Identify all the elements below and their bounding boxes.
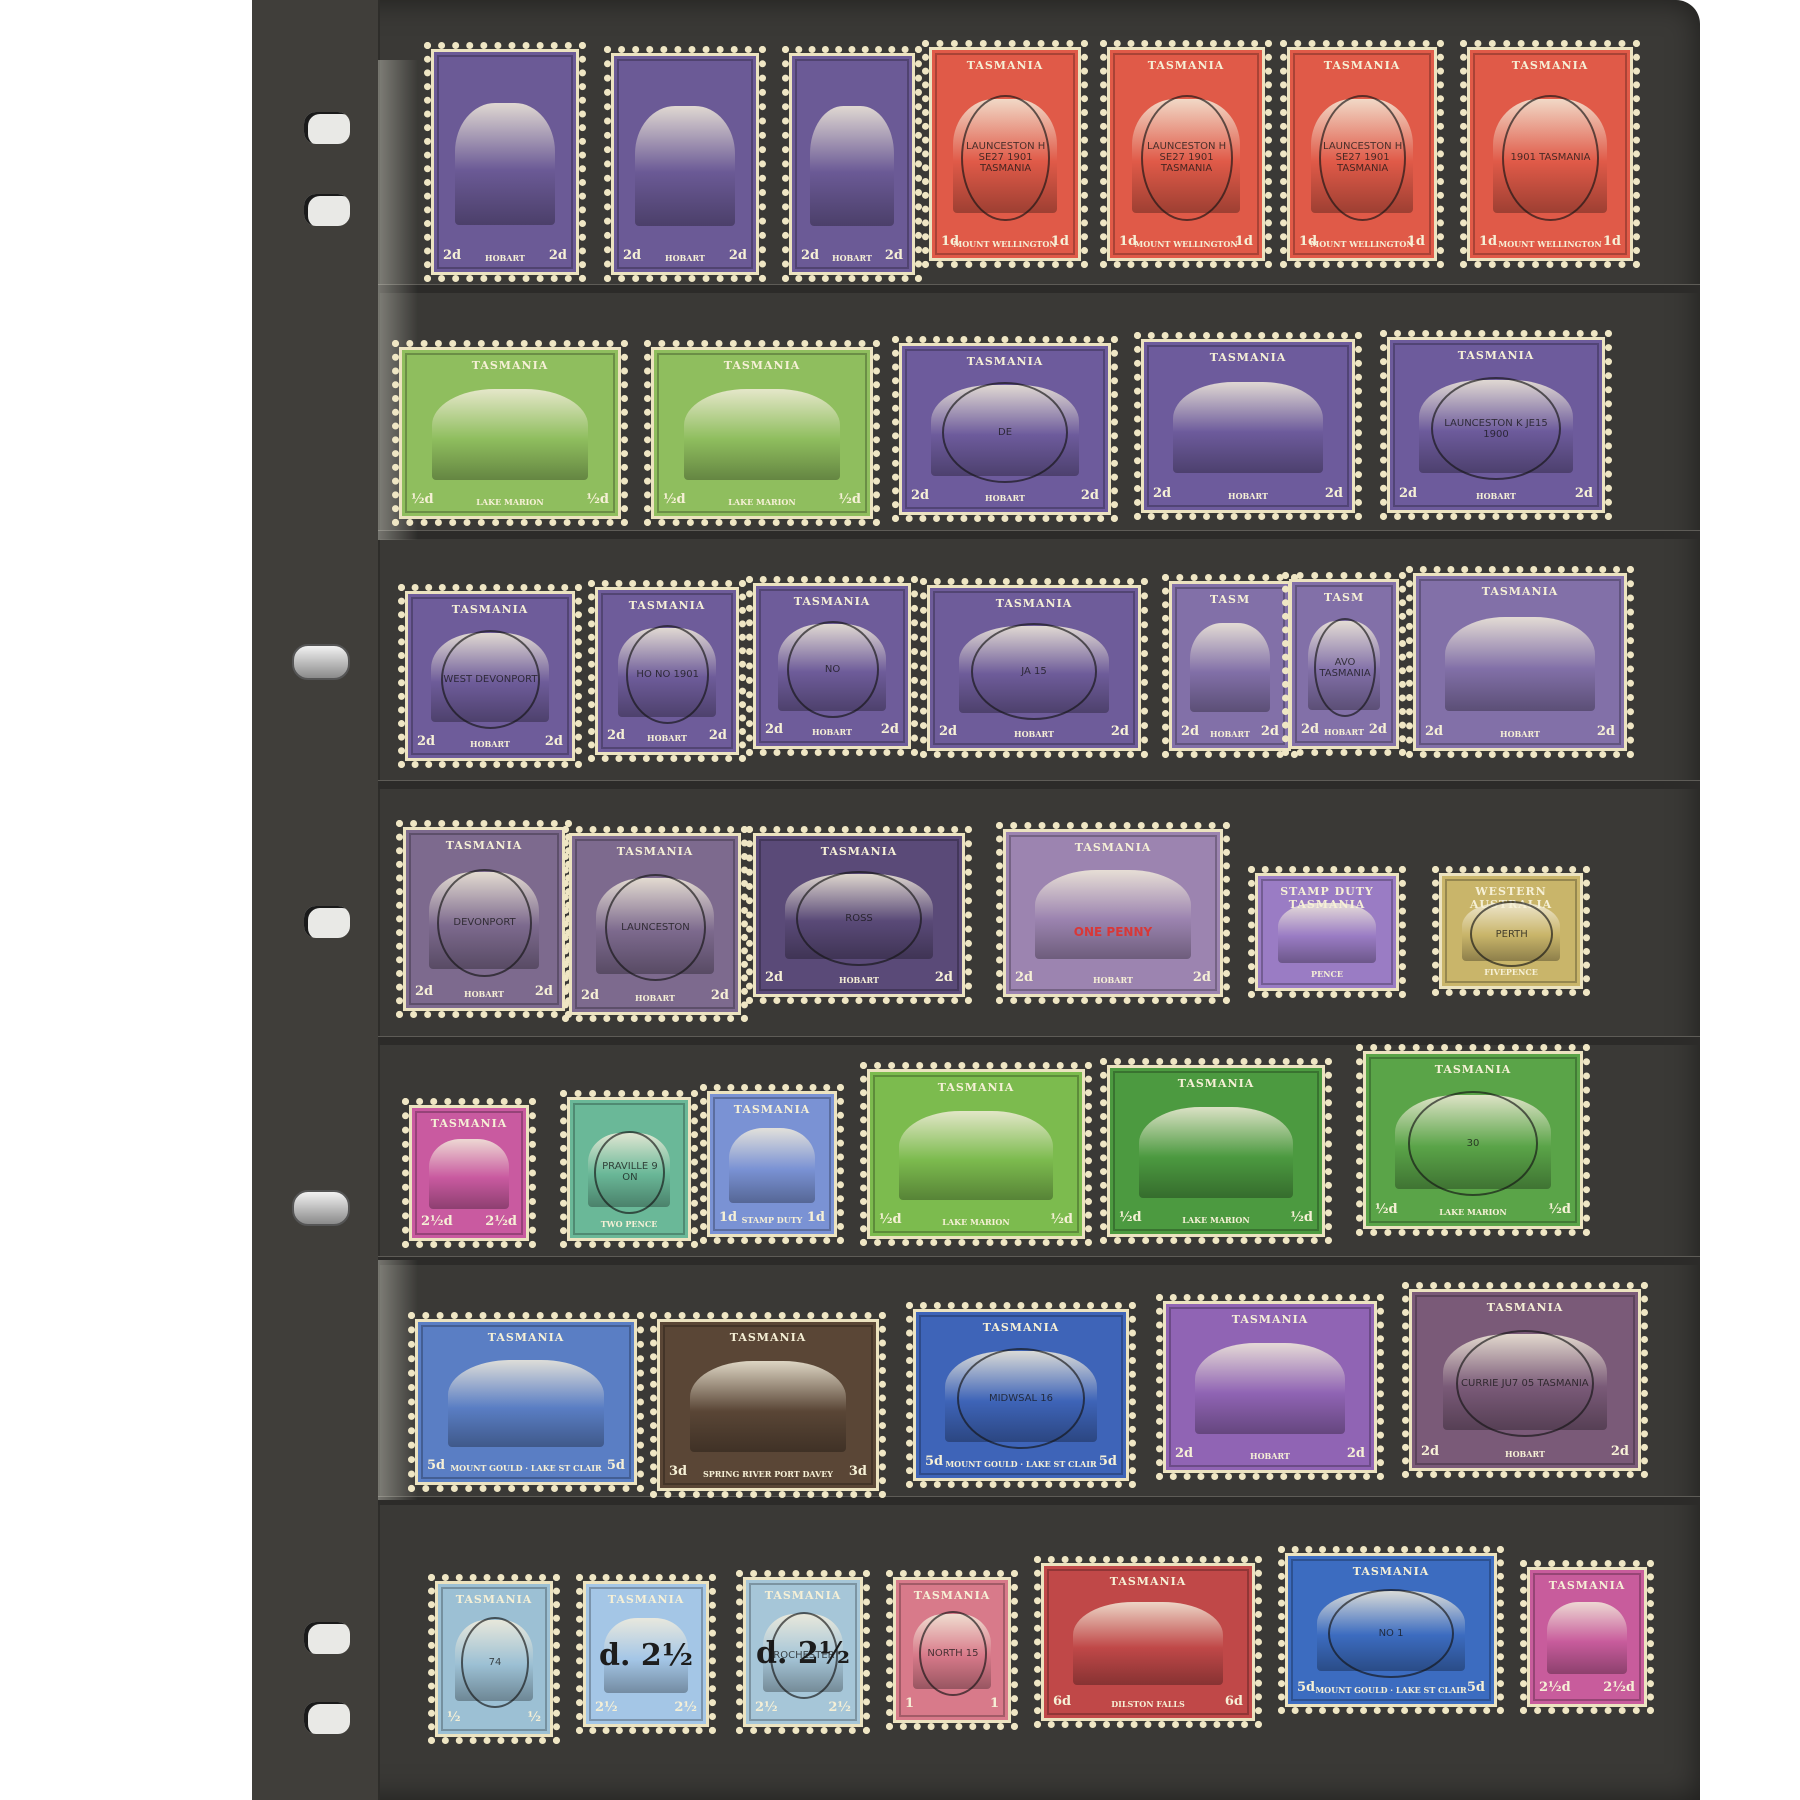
stamp: TASMANIA 2d 2d HOBART HO NO 1901 [588,580,746,762]
stamp-country: TASMANIA [1421,585,1619,598]
stamp: WESTERN AUSTRALIA FIVEPENCE PERTH [1432,866,1590,996]
stamp-country: TASMANIA [1171,1313,1369,1326]
stamp-caption: LAKE MARION [1115,1215,1317,1225]
stamp: TASMANIA 2d 2d HOBART JA 15 [920,578,1148,758]
stamp-caption: STAMP DUTY [715,1215,829,1225]
stamp: 2d 2d HOBART [604,46,766,282]
stamp: TASMANIA 2d 2d HOBART CURRIE JU7 05 TASM… [1402,1282,1648,1478]
stamp-frame: TASMANIA ½ ½ 74 [441,1587,547,1731]
stamp-frame: 2d 2d HOBART [437,55,573,269]
stamp-caption: HOBART [797,253,907,263]
stamp-frame: TASMANIA 2½ 2½ d. 2½ [589,1587,703,1721]
stamp-caption: MOUNT WELLINGTON [1115,239,1257,249]
stamp-country: TASMANIA [1293,1565,1489,1578]
punch-hole [304,906,350,938]
postmark: DE [942,382,1068,483]
stamp: TASMANIA 2d 2d HOBART LAUNCESTON K JE15 … [1380,330,1612,520]
stamp-vignette [432,389,589,480]
stamp-vignette [899,1111,1053,1200]
stamp-vignette [1173,382,1324,474]
binder-ring [292,644,350,680]
stamp-caption: HOBART [761,975,957,985]
stamp-vignette [684,389,841,480]
stamp-caption: HOBART [439,253,571,263]
stamp-frame: 2d 2d HOBART [617,59,753,269]
stamp-frame: TASMANIA ½d ½d LAKE MARION [1113,1071,1319,1231]
stamp: TASM 2d 2d HOBART AVO TASMANIA [1282,572,1406,756]
stamp: TASMANIA 2d 2d HOBART ROSS [746,826,972,1004]
postmark: LAUNCESTON H SE27 1901 TASMANIA [1319,95,1406,222]
stamp-frame: TASMANIA 2d 2d HOBART DEVONPORT [409,833,559,1005]
stamp-caption: HOBART [761,727,903,737]
stamp-country: TASMANIA [417,1117,521,1130]
stamp: TASMANIA ½d ½d LAKE MARION [860,1062,1092,1246]
stamp-frame: TASMANIA 1d 1d MOUNT WELLINGTON LAUNCEST… [935,53,1075,255]
stamp-country: TASMANIA [1535,1579,1639,1592]
stamp-vignette [1035,870,1190,958]
stamp-caption: HOBART [1417,1449,1633,1459]
stamp: TASMANIA 2d 2d HOBART [1406,566,1634,758]
stamp-caption: HOBART [1177,729,1283,739]
stamp-caption: TWO PENCE [575,1219,683,1229]
stamp-frame: TASMANIA 1 1 NORTH 15 [899,1583,1005,1717]
stamp-country: TASMANIA [715,1103,829,1116]
postmark: CURRIE JU7 05 TASMANIA [1456,1330,1594,1437]
pocket-divider [378,284,1700,293]
stamp-frame: TASMANIA 1d 1d MOUNT WELLINGTON 1901 TAS… [1473,53,1627,255]
postmark: DEVONPORT [437,869,532,977]
stamp-frame: WESTERN AUSTRALIA FIVEPENCE PERTH [1445,879,1577,983]
stamp-frame: TASMANIA 2d 2d HOBART LAUNCESTON K JE15 … [1393,343,1599,507]
stamp-country: TASMANIA [1011,841,1215,854]
stamp-vignette [635,106,735,226]
postmark: HO NO 1901 [626,625,709,723]
stamp: TASMANIA 3d 3d SPRING RIVER PORT DAVEY [650,1312,886,1498]
stamp: TASMANIA 1d 1d MOUNT WELLINGTON LAUNCEST… [922,40,1088,268]
postmark: LAUNCESTON [605,874,706,981]
stamp-caption: DILSTON FALLS [1049,1699,1247,1709]
stamp: TASMANIA ½d ½d LAKE MARION [1100,1058,1332,1244]
postmark: JA 15 [971,623,1098,720]
stamp: TASMANIA 2½d 2½d [1520,1560,1654,1714]
postmark: ROSS [796,871,922,967]
stamp-vignette [448,1360,605,1447]
stamp-value: 1 [990,1696,999,1711]
stamp-caption: MOUNT WELLINGTON [937,239,1073,249]
stamp-caption: HOBART [411,989,557,999]
stamp-caption: MOUNT GOULD · LAKE ST CLAIR [921,1459,1121,1469]
postmark: NO [787,621,879,718]
stamp-caption: MOUNT GOULD · LAKE ST CLAIR [423,1463,629,1473]
binder-ring [292,1190,350,1226]
stamp-country: TASMANIA [591,1593,701,1606]
stamp: TASMANIA 2½ 2½ d. 2½ [576,1574,716,1734]
stamp-frame: TASMANIA 2½ 2½ d. 2½ ROCHESTER [749,1583,857,1721]
stamp-vignette [729,1128,816,1203]
stamp-frame: TWO PENCE PRAVILLE 9 ON [573,1103,685,1235]
stamp-vignette [1190,623,1271,712]
stamp: TASMANIA 2d 2d HOBART ONE PENNY [996,822,1230,1004]
postmark: AVO TASMANIA [1314,618,1376,717]
stamp-frame: TASMANIA 2½d 2½d [415,1111,523,1235]
stamp-caption: HOBART [1011,975,1215,985]
stamp-vignette [429,1139,508,1209]
postmark: MIDWSAL 16 [957,1348,1085,1449]
stamp: TASMANIA 5d 5d MOUNT GOULD · LAKE ST CLA… [906,1302,1136,1488]
pocket-divider [378,530,1700,539]
stamp-country: TASMANIA [1149,351,1347,364]
stamp: TASMANIA 1d 1d MOUNT WELLINGTON LAUNCEST… [1280,40,1444,268]
stamp-caption: SPRING RIVER PORT DAVEY [665,1469,871,1479]
stamp-country: TASM [1177,593,1283,606]
stamp-value: 2½d [1603,1680,1635,1695]
stamp-overprint: ONE PENNY [1011,925,1215,939]
stamp-frame: TASMANIA 1d 1d MOUNT WELLINGTON LAUNCEST… [1293,53,1431,255]
stamp-country: TASMANIA [921,1321,1121,1334]
stamp-caption: LAKE MARION [875,1217,1077,1227]
stamp: TASMANIA 1 1 NORTH 15 [886,1570,1018,1730]
stamp-country: TASMANIA [1115,59,1257,72]
stamp-vignette [455,103,555,225]
stamp: TASMANIA 5d 5d MOUNT GOULD · LAKE ST CLA… [408,1312,644,1492]
stamp-caption: LAKE MARION [659,497,865,507]
stamp-country: TASMANIA [603,599,731,612]
stamp-caption: MOUNT WELLINGTON [1475,239,1625,249]
stamp-country: TASMANIA [1475,59,1625,72]
stamp-vignette [1139,1107,1293,1198]
stamp-frame: TASMANIA 6d 6d DILSTON FALLS [1047,1569,1249,1715]
stamp-value: 2½ [674,1700,697,1715]
stamp-caption: LAKE MARION [407,497,613,507]
stamp-value: 2½ [828,1700,851,1715]
postmark: 1901 TASMANIA [1502,95,1599,222]
stamp-surcharge: d. 2½ [591,1638,701,1673]
postmark: NORTH 15 [919,1611,986,1696]
stamp-caption: HOBART [619,253,751,263]
stamp: TASMANIA 2½d 2½d [402,1098,536,1248]
stamp-frame: TASMANIA ½d ½d LAKE MARION 30 [1369,1057,1577,1223]
stamp: TASMANIA ½ ½ 74 [428,1574,560,1744]
stamp-country: TASMANIA [1049,1575,1247,1588]
pocket-divider [378,780,1700,789]
stamp-value: 2½d [1539,1680,1571,1695]
stamp: TASMANIA ½d ½d LAKE MARION [392,340,628,526]
stamp-caption: HOBART [935,729,1133,739]
pocket-divider [378,1496,1700,1505]
stamp-frame: TASMANIA ½d ½d LAKE MARION [657,353,867,513]
punch-hole [304,1702,350,1734]
stamp-country: TASMANIA [411,839,557,852]
stamp-vignette [810,106,894,226]
stamp-frame: STAMP DUTY TASMANIA PENCE [1261,879,1393,985]
stamp-country: TASMANIA [577,845,733,858]
stamp-country: TASMANIA [659,359,865,372]
stamp-frame: TASMANIA 2½d 2½d [1533,1573,1641,1701]
postmark: NO 1 [1328,1589,1454,1679]
stamp-country: TASMANIA [761,845,957,858]
stamp-country: TASMANIA [901,1589,1003,1602]
stamp: TASMANIA 1d 1d STAMP DUTY [700,1084,844,1244]
stamp-country: TASMANIA [413,603,567,616]
stamp-caption: PENCE [1263,969,1391,979]
stamp-caption: MOUNT GOULD · LAKE ST CLAIR [1293,1685,1489,1695]
stamp-frame: TASMANIA 2d 2d HOBART ROSS [759,839,959,991]
punch-hole [304,1622,350,1654]
punch-hole [304,112,350,144]
stamp: 2d 2d HOBART [424,42,586,282]
stamp-country: TASMANIA [1371,1063,1575,1076]
stamp: TASMANIA 2d 2d HOBART [1134,332,1362,520]
stamp-country: TASMANIA [935,597,1133,610]
stamp: TASMANIA 2d 2d HOBART WEST DEVONPORT [398,584,582,768]
stamp: TASMANIA 2d 2d HOBART LAUNCESTON [562,826,748,1022]
stamp-value: 2½ [755,1700,778,1715]
stamp-country: TASMANIA [1295,59,1429,72]
stamp-vignette [1278,903,1375,962]
stamp-caption: HOBART [1149,491,1347,501]
stamp-frame: TASMANIA 1d 1d STAMP DUTY [713,1097,831,1231]
stamp-frame: TASM 2d 2d HOBART [1175,587,1285,745]
stamp: TASMANIA ½d ½d LAKE MARION 30 [1356,1044,1590,1236]
stamp-frame: TASMANIA 5d 5d MOUNT GOULD · LAKE ST CLA… [919,1315,1123,1475]
stamp-frame: TASMANIA 2d 2d HOBART [1169,1307,1371,1467]
postmark: LAUNCESTON H SE27 1901 TASMANIA [961,95,1049,222]
stamp-frame: TASMANIA 2d 2d HOBART JA 15 [933,591,1135,745]
stamp-frame: TASMANIA 2d 2d HOBART CURRIE JU7 05 TASM… [1415,1295,1635,1465]
stamp: TASM 2d 2d HOBART [1162,574,1298,758]
stamp-caption: HOBART [1297,727,1391,737]
stamp-frame: TASMANIA 2d 2d HOBART LAUNCESTON [575,839,735,1009]
stamp-caption: HOBART [603,733,731,743]
stamp-vignette [1445,617,1596,711]
stamp-frame: TASMANIA 2d 2d HOBART DE [905,349,1105,509]
stamp-caption: LAKE MARION [1371,1207,1575,1217]
stamp-vignette [690,1361,847,1452]
stamp-country: TASMANIA [407,359,613,372]
punch-hole [304,194,350,226]
stamp-country: TASMANIA [937,59,1073,72]
stamp-value: ½ [447,1710,461,1725]
stamp-value: 2½d [421,1214,453,1229]
stamp-frame: TASM 2d 2d HOBART AVO TASMANIA [1295,585,1393,743]
stamp-frame: TASMANIA ½d ½d LAKE MARION [405,353,615,513]
stamp-country: TASMANIA [907,355,1103,368]
stamp: TASMANIA 1d 1d MOUNT WELLINGTON LAUNCEST… [1100,40,1272,268]
stamp-frame: TASMANIA 2d 2d HOBART NO [759,589,905,743]
stamp: TASMANIA 2d 2d HOBART NO [746,576,918,756]
postmark: LAUNCESTON H SE27 1901 TASMANIA [1141,95,1233,222]
stamp-caption: HOBART [907,493,1103,503]
postmark: WEST DEVONPORT [441,630,540,729]
stamp: TASMANIA 2d 2d HOBART DEVONPORT [396,820,572,1018]
stamp: STAMP DUTY TASMANIA PENCE [1248,866,1406,998]
stamp-frame: TASMANIA 5d 5d MOUNT GOULD · LAKE ST CLA… [1291,1559,1491,1701]
stamp-frame: TASMANIA 2d 2d HOBART WEST DEVONPORT [411,597,569,755]
stamp-caption: HOBART [577,993,733,1003]
stamp: TASMANIA 2d 2d HOBART [1156,1294,1384,1480]
stamp-caption: FIVEPENCE [1447,967,1575,977]
binder-margin [252,0,380,1800]
stamp-country: TASM [1297,591,1391,604]
stamp-caption: HOBART [1171,1451,1369,1461]
stamp: 2d 2d HOBART [782,46,922,282]
postmark: ROCHESTER [770,1612,838,1699]
stamp-vignette [1073,1602,1224,1684]
stamp-frame: TASMANIA 2d 2d HOBART HO NO 1901 [601,593,733,749]
stamp: TWO PENCE PRAVILLE 9 ON [560,1090,698,1248]
stamp-country: TASMANIA [1395,349,1597,362]
postmark: PRAVILLE 9 ON [594,1131,665,1214]
stamp-country: TASMANIA [443,1593,545,1606]
stamp-vignette [1195,1343,1346,1434]
stamp-value: 2½ [595,1700,618,1715]
stamp-vignette [1547,1602,1626,1674]
postmark: 30 [1408,1091,1538,1195]
stamp-value: 2½d [485,1214,517,1229]
stamp-frame: TASMANIA 2d 2d HOBART [1147,345,1349,507]
stamp-frame: TASMANIA 1d 1d MOUNT WELLINGTON LAUNCEST… [1113,53,1259,255]
stamp-frame: TASMANIA 5d 5d MOUNT GOULD · LAKE ST CLA… [421,1325,631,1479]
stamp-value: 1 [905,1696,914,1711]
stamp-country: TASMANIA [875,1081,1077,1094]
postmark: LAUNCESTON K JE15 1900 [1431,377,1560,480]
pocket-divider [378,1256,1700,1265]
stamp: TASMANIA 2d 2d HOBART DE [892,336,1118,522]
stamp-caption: MOUNT WELLINGTON [1295,239,1429,249]
stamp-caption: HOBART [1395,491,1597,501]
postmark: 74 [461,1617,528,1708]
stamp: TASMANIA 1d 1d MOUNT WELLINGTON 1901 TAS… [1460,40,1640,268]
stamp-country: TASMANIA [1417,1301,1633,1314]
stamp-country: TASMANIA [665,1331,871,1344]
stamp-frame: 2d 2d HOBART [795,59,909,269]
stamp-frame: TASMANIA 2d 2d HOBART ONE PENNY [1009,835,1217,991]
stamp-country: TASMANIA [751,1589,855,1602]
stamp: TASMANIA ½d ½d LAKE MARION [644,340,880,526]
stamp-caption: HOBART [413,739,567,749]
stamp-frame: TASMANIA 2d 2d HOBART [1419,579,1621,745]
stamp-frame: TASMANIA 3d 3d SPRING RIVER PORT DAVEY [663,1325,873,1485]
stamp-country: STAMP DUTY TASMANIA [1263,885,1391,911]
stamp-frame: TASMANIA ½d ½d LAKE MARION [873,1075,1079,1233]
stamp: TASMANIA 6d 6d DILSTON FALLS [1034,1556,1262,1728]
stamp-value: ½ [527,1710,541,1725]
stamp-country: TASMANIA [1115,1077,1317,1090]
postmark: PERTH [1470,901,1553,967]
stamp-country: TASMANIA [423,1331,629,1344]
stamp-caption: HOBART [1421,729,1619,739]
stamp: TASMANIA 2½ 2½ d. 2½ ROCHESTER [736,1570,870,1734]
stamp-country: TASMANIA [761,595,903,608]
stamp: TASMANIA 5d 5d MOUNT GOULD · LAKE ST CLA… [1278,1546,1504,1714]
